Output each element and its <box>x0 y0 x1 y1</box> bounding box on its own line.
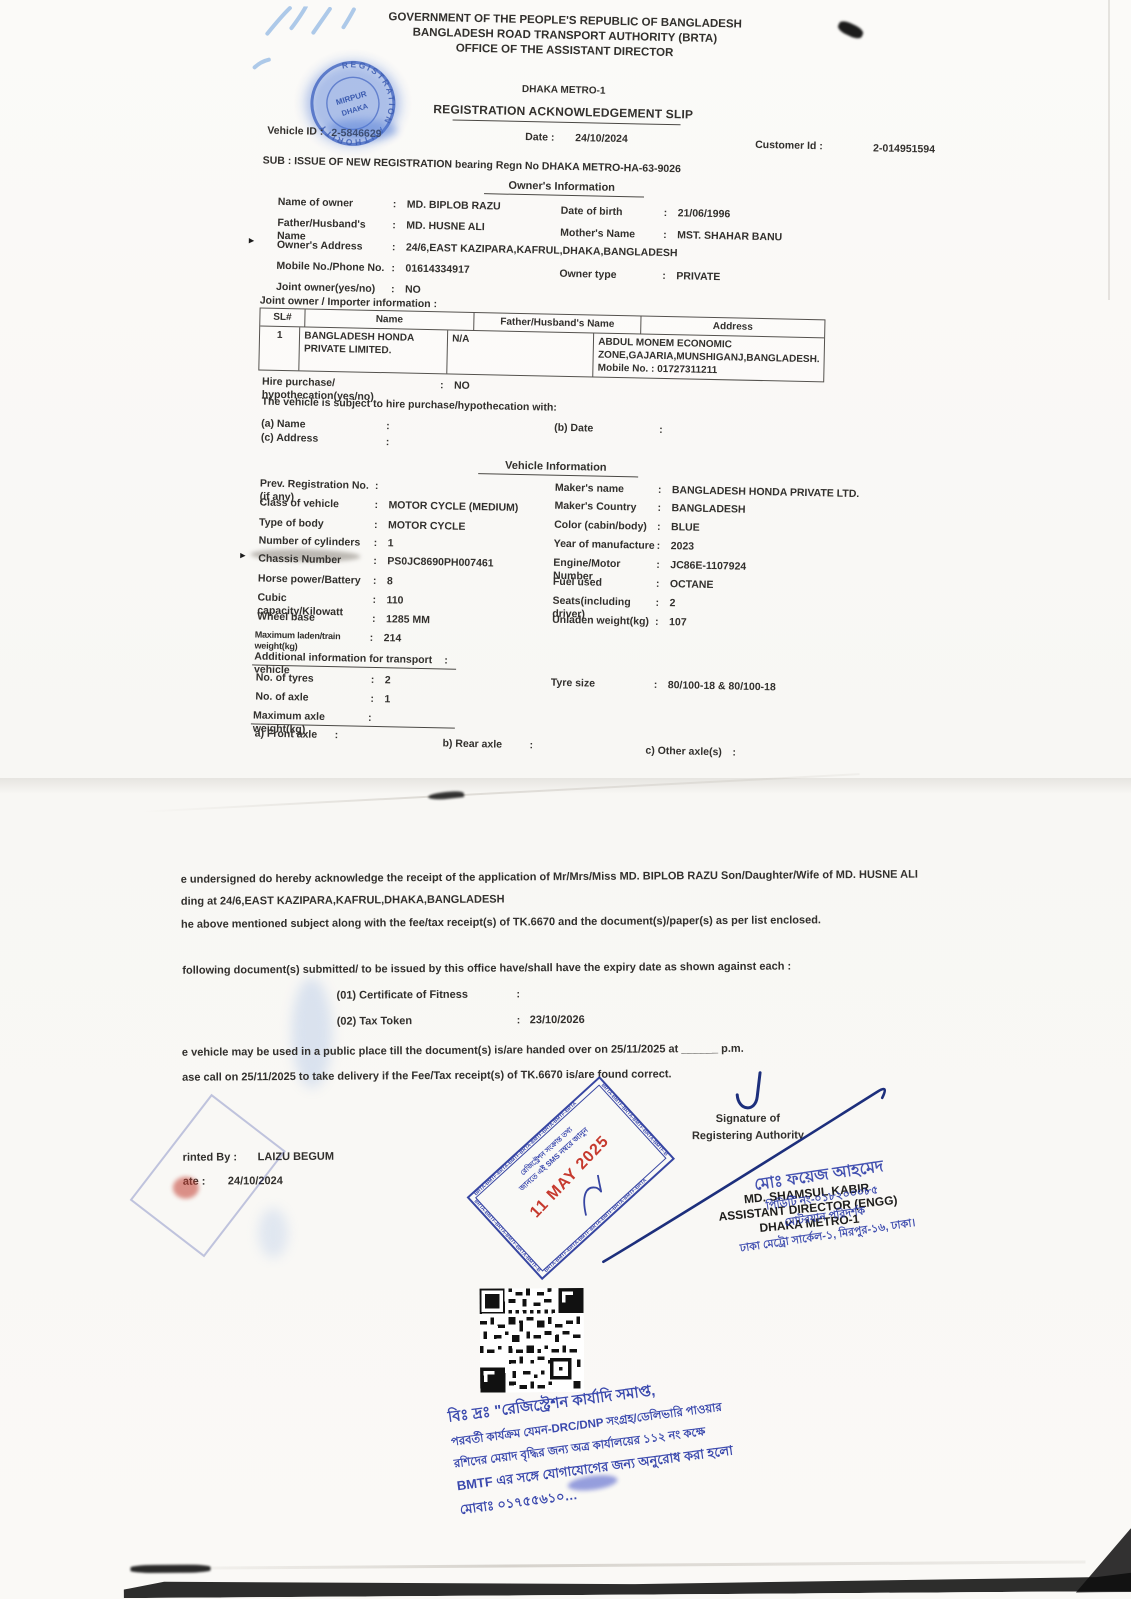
value: NO <box>454 380 470 393</box>
cell-sl: 1 <box>259 327 300 371</box>
colon: : <box>657 521 671 534</box>
label: Maker's name <box>555 482 658 497</box>
cell-address: ABDUL MONEM ECONOMIC ZONE,GAJARIA,MUNSHI… <box>594 334 825 382</box>
label: Number of cylinders <box>259 535 374 551</box>
label: No. of axle <box>255 691 370 707</box>
colon: : <box>370 632 384 645</box>
field-horse-power: Horse power/Battery:8 <box>258 573 578 593</box>
colon: : <box>655 616 669 629</box>
front-axle-label: a) Front axle <box>255 727 318 741</box>
bottom-left-dark-streak <box>130 1565 210 1574</box>
value: MD. HUSNE ALI <box>406 220 485 235</box>
hire-b-colon: : <box>659 424 663 437</box>
colon: : <box>657 540 671 553</box>
vehicle-info-title: Vehicle Information <box>0 449 1121 486</box>
hire-c-label: (c) Address <box>261 432 319 446</box>
colon: : <box>440 379 454 392</box>
value: 214 <box>384 632 402 645</box>
label: Tyre size <box>551 677 654 692</box>
colon: : <box>391 262 405 275</box>
colon: : <box>664 207 678 220</box>
label: Owner type <box>559 268 662 283</box>
field-no-of-axle: No. of axle:1 <box>255 691 575 711</box>
value: MOTOR CYCLE <box>388 519 466 534</box>
colon: : <box>444 654 458 667</box>
colon: : <box>663 229 677 242</box>
value: 1 <box>388 537 394 550</box>
label: Type of body <box>259 517 374 533</box>
colon: : <box>655 597 669 610</box>
field-color: Color (cabin/body):BLUE <box>554 519 914 540</box>
front-axle-colon: : <box>335 729 339 742</box>
colon: : <box>375 480 389 493</box>
field-body-type: Type of body:MOTOR CYCLE <box>259 517 579 537</box>
colon: : <box>393 198 407 211</box>
label: Fuel used <box>553 576 656 591</box>
colon: : <box>392 219 406 232</box>
scanned-registration-slip: GOVERNMENT OF THE PEOPLE'S REPUBLIC OF B… <box>0 0 1131 1599</box>
doc1-colon: : <box>516 988 520 1001</box>
bottom-dark-band <box>124 1572 1131 1598</box>
col-name: Name <box>305 309 474 330</box>
doc2-colon: : <box>517 1014 521 1027</box>
field-maker-name: Maker's name:BANGLADESH HONDA PRIVATE LT… <box>555 482 915 503</box>
colon: : <box>374 519 388 532</box>
field-tyre-size: Tyre size:80/100-18 & 80/100-18 <box>551 677 911 698</box>
colon: : <box>371 674 385 687</box>
colon: : <box>373 555 387 568</box>
margin-arrow-owner-address: ► <box>247 235 256 246</box>
other-axle-colon: : <box>732 747 736 760</box>
cell-name: BANGLADESH HONDA PRIVATE LIMITED. <box>300 327 449 373</box>
col-sl: SL# <box>260 309 305 327</box>
hire-c-colon: : <box>386 436 390 449</box>
customer-id-label: Customer Id : <box>755 139 823 154</box>
value: PRIVATE <box>676 270 720 284</box>
owner-info-title: Owner's Information <box>0 169 1127 206</box>
cell-father: N/A <box>447 330 594 376</box>
label: Class of vehicle <box>259 497 374 513</box>
label: Color (cabin/body) <box>554 519 657 534</box>
field-chassis: Chassis Number:PS0JC8690PH007461 <box>258 553 578 573</box>
usage-line: e vehicle may be used in a public place … <box>182 1043 744 1061</box>
hire-a-colon: : <box>386 420 390 433</box>
value: BANGLADESH <box>671 502 745 517</box>
field-year: Year of manufacture:2023 <box>554 538 914 559</box>
doc1-label: (01) Certificate of Fitness <box>336 989 468 1004</box>
value: 110 <box>386 594 403 607</box>
edge-stamp-fragment-red <box>173 1177 199 1199</box>
colon: : <box>372 594 386 607</box>
colon: : <box>368 712 382 725</box>
field-owner-type: Owner type:PRIVATE <box>559 268 879 288</box>
value: 107 <box>669 616 687 629</box>
bottom-crease <box>125 1560 1085 1570</box>
subject-line: SUB : ISSUE OF NEW REGISTRATION bearing … <box>263 155 681 177</box>
value: 01614334917 <box>405 263 470 277</box>
vehicle-id-label: Vehicle ID : <box>267 125 323 139</box>
value: MST. SHAHAR BANU <box>677 229 782 244</box>
label: Joint owner(yes/no) <box>276 281 391 297</box>
label: Mother's Name <box>560 227 663 242</box>
colon: : <box>656 578 670 591</box>
page-2: e undersigned do hereby acknowledge the … <box>0 772 1131 1599</box>
value: 2023 <box>671 540 695 554</box>
field-date-of-birth: Date of birth:21/06/1996 <box>561 205 881 225</box>
ack-line1: e undersigned do hereby acknowledge the … <box>181 869 918 888</box>
value: 80/100-18 & 80/100-18 <box>668 679 776 694</box>
docs-line: following document(s) submitted/ to be i… <box>182 960 791 978</box>
colon: : <box>374 537 388 550</box>
value: 2 <box>385 674 391 687</box>
other-axle-label: c) Other axle(s) <box>645 745 722 760</box>
label: Maker's Country <box>554 500 657 515</box>
hire-b-label: (b) Date <box>554 422 593 436</box>
colon: : <box>372 613 386 626</box>
colon: : <box>656 559 670 572</box>
joint-owner-table: SL# Name Father/Husband's Name Address 1… <box>258 308 825 383</box>
label: Year of manufacture <box>554 538 657 553</box>
field-name-of-owner: Name of owner:MD. BIPLOB RAZU <box>278 196 578 215</box>
value: OCTANE <box>670 578 714 592</box>
customer-id-value: 2-014951594 <box>873 142 935 156</box>
label: Horse power/Battery <box>258 573 373 589</box>
doc2-label: (02) Tax Token <box>337 1015 412 1029</box>
col-father: Father/Husband's Name <box>474 313 641 333</box>
value: JC86E-1107924 <box>670 559 746 574</box>
hire-a-label: (a) Name <box>261 418 306 432</box>
rear-axle-label: b) Rear axle <box>442 737 502 751</box>
value: 8 <box>387 575 393 588</box>
label: Name of owner <box>278 196 393 212</box>
label: Date of birth <box>561 205 664 220</box>
colon: : <box>392 241 406 254</box>
value: MOTOR CYCLE (MEDIUM) <box>388 499 518 515</box>
label: Chassis Number <box>258 553 373 569</box>
blue-smudge-left2 <box>258 1208 288 1258</box>
colon: : <box>370 693 384 706</box>
label: Unladen weight(kg) <box>552 614 655 629</box>
rear-axle-colon: : <box>529 739 533 752</box>
label: Mobile No./Phone No. <box>276 260 391 276</box>
date-value: 24/10/2024 <box>575 132 628 146</box>
label: No. of tyres <box>256 672 371 688</box>
value: NO <box>405 284 421 297</box>
value: BANGLADESH HONDA PRIVATE LTD. <box>672 484 860 501</box>
value: 1285 MM <box>386 613 430 627</box>
value: 1 <box>384 693 390 706</box>
qr-code <box>480 1288 585 1393</box>
colon: : <box>374 499 388 512</box>
colon: : <box>662 270 676 283</box>
value: PS0JC8690PH007461 <box>387 555 494 570</box>
colon: : <box>373 575 387 588</box>
field-maker-country: Maker's Country:BANGLADESH <box>554 500 914 521</box>
margin-arrow-chassis: ► <box>238 550 247 561</box>
field-mobile: Mobile No./Phone No.:01614334917 <box>276 260 576 279</box>
ack-line2: ding at 24/6,EAST KAZIPARA,KAFRUL,DHAKA,… <box>181 893 505 909</box>
value: BLUE <box>671 521 700 535</box>
value: 2 <box>669 597 675 610</box>
page-1: GOVERNMENT OF THE PEOPLE'S REPUBLIC OF B… <box>0 0 1131 804</box>
value: MD. BIPLOB RAZU <box>407 199 501 214</box>
colon: : <box>654 679 668 692</box>
value: 24/6,EAST KAZIPARA,KAFRUL,DHAKA,BANGLADE… <box>406 242 678 261</box>
colon: : <box>391 283 405 296</box>
right-page-edge <box>1108 0 1110 300</box>
date-label: Date : <box>525 131 554 145</box>
fee-line: he above mentioned subject along with th… <box>181 914 821 932</box>
label: Wheel base <box>257 611 372 627</box>
field-mother-name: Mother's Name:MST. SHAHAR BANU <box>560 227 880 247</box>
value: 21/06/1996 <box>678 207 731 221</box>
label: Owner's Address <box>277 239 392 255</box>
colon: : <box>658 484 672 497</box>
colon: : <box>657 502 671 515</box>
doc2-value: 23/10/2026 <box>530 1014 585 1028</box>
